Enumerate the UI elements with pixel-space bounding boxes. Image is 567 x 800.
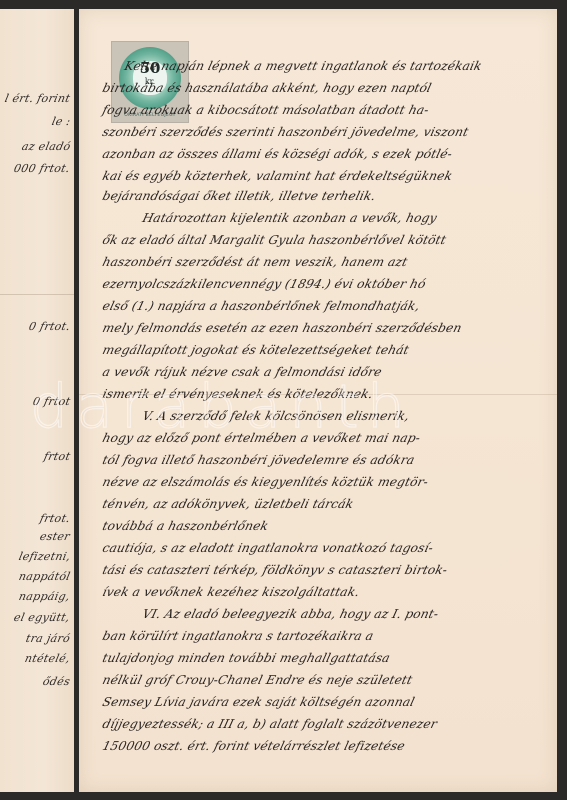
document-line: ívek a vevőknek kezéhez kiszolgáltattak. — [101, 585, 361, 599]
left-page-line: frtot — [42, 450, 71, 463]
document-line: megállapított jogokat és kötelezettségek… — [101, 343, 411, 357]
document-line: bejárandóságai őket illetik, illetve ter… — [101, 189, 377, 203]
left-page-line: 000 frtot. — [13, 162, 72, 175]
document-line: a vevők rájuk nézve csak a felmondási id… — [101, 365, 383, 379]
left-page-fragment: l ért. forintle :az eladó000 frtot.0 frt… — [0, 9, 74, 792]
left-page-line: 0 frtot. — [27, 320, 71, 333]
document-line: VI. Az eladó beleegyezik abba, hogy az I… — [141, 607, 440, 621]
left-page-line: ester — [39, 530, 72, 543]
document-line: tól fogva illető haszonbéri jövedelemre … — [101, 453, 416, 467]
document-line: szonbéri szerződés szerinti haszonbéri j… — [101, 125, 470, 139]
document-line: díjjegyeztessék; a III a, b) alatt fogla… — [101, 717, 439, 731]
document-line: Kelte napján lépnek a megvett ingatlanok… — [123, 59, 483, 73]
document-line: fogva arokuak a kibocsátott másolatban á… — [101, 103, 430, 117]
document-line: ők az eladó által Margalit Gyula haszonb… — [101, 233, 448, 247]
document-line: haszonbéri szerződést át nem veszik, han… — [101, 255, 409, 269]
document-line: tási és cataszteri térkép, földkönyv s c… — [101, 563, 449, 577]
document-page: 50 kr. OKIRATI BÉLYEGJEGY Kelte napján l… — [79, 9, 557, 792]
left-page-line: 0 frtot — [31, 395, 71, 408]
document-line: 150000 oszt. ért. forint vételárrészlet … — [101, 739, 406, 753]
document-line: kai és egyéb közterhek, valamint hat érd… — [101, 169, 454, 183]
document-line: birtokába és használatába akként, hogy e… — [101, 81, 433, 95]
left-page-line: tra járó — [25, 632, 72, 645]
document-line: ban körülírt ingatlanokra s tartozékaikr… — [101, 629, 375, 643]
left-page-line: lefizetni, — [17, 550, 71, 563]
document-line: első (1.) napjára a haszonbérlőnek felmo… — [101, 299, 421, 313]
left-page-line: ődés — [42, 675, 72, 688]
left-page-line: nappától — [17, 570, 71, 583]
left-page-line: frtot. — [39, 512, 72, 525]
left-page-line: nappáig, — [18, 590, 72, 603]
document-line: tulajdonjog minden további meghallgattat… — [101, 651, 392, 665]
left-page-line: l ért. forint — [4, 92, 72, 105]
left-page-line: le : — [50, 115, 71, 128]
document-line: azonban az összes állami és községi adók… — [101, 147, 454, 161]
document-line: cautiója, s az eladott ingatlanokra vona… — [101, 541, 435, 555]
document-line: V. A szerződő felek kölcsönösen elismeri… — [141, 409, 411, 423]
document-line: Semsey Lívia javára ezek saját költségén… — [101, 695, 416, 709]
document-line: nézve az elszámolás és kiegyenlítés közt… — [101, 475, 430, 489]
document-line: továbbá a haszonbérlőnek — [101, 519, 270, 533]
document-line: nélkül gróf Crouy-Chanel Endre és neje s… — [101, 673, 414, 687]
left-page-line: ntételé, — [24, 652, 72, 665]
document-line: hogy az előző pont értelmében a vevőket … — [101, 431, 422, 445]
document-line: ténvén, az adókönyvek, üzletbeli tárcák — [101, 497, 355, 511]
document-line: ismerik el érvényeseknek és kötelezőknek… — [101, 387, 375, 401]
left-page-line: az eladó — [20, 140, 71, 153]
document-line: mely felmondás esetén az ezen haszonbéri… — [101, 321, 463, 335]
document-line: Határozottan kijelentik azonban a vevők,… — [141, 211, 438, 225]
document-line: ezernyolcszázkilencvennégy (1894.) évi o… — [101, 277, 427, 291]
left-page-line: el együtt, — [13, 611, 71, 624]
